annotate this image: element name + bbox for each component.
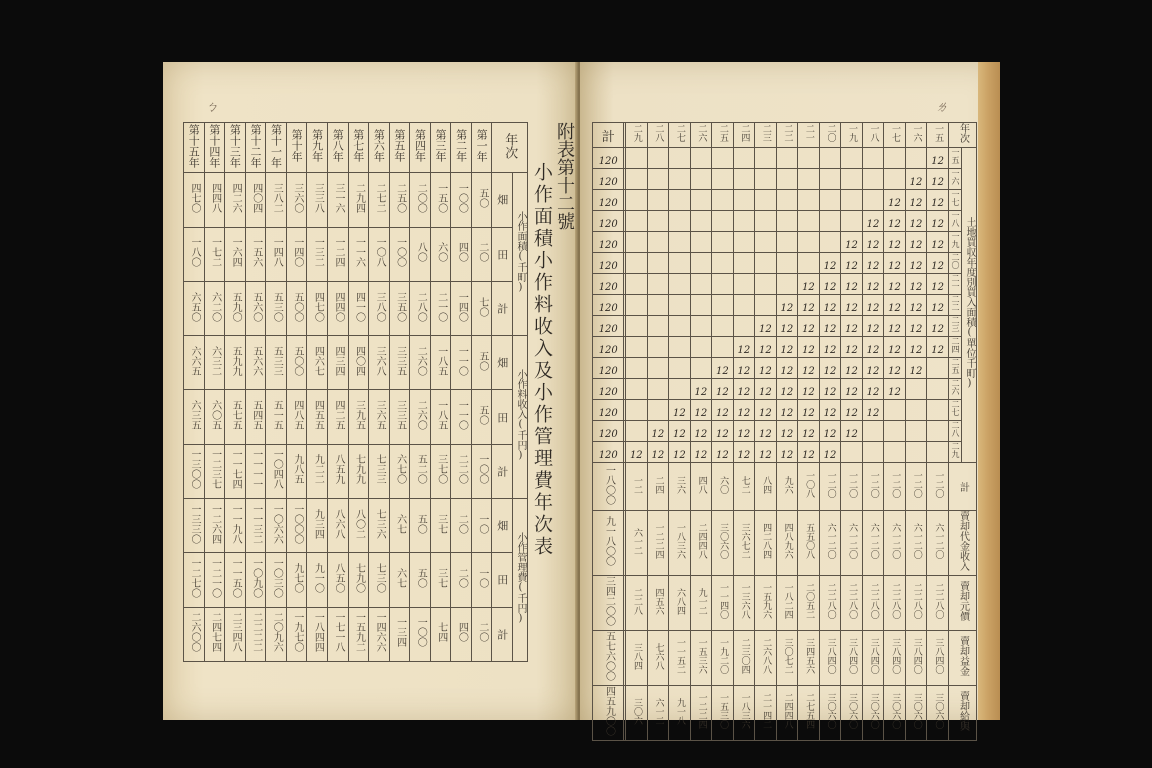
cell-value: 12 [802,282,815,293]
cell-value: 四〇四 [250,183,261,213]
cell-value: 七〇 [476,297,487,317]
cell-value: 四八 [696,476,705,494]
cell-value: 六一二〇 [825,523,834,559]
year-header: 第十年 [291,129,302,162]
cell-value: 12 [694,387,707,398]
purchase-row: 1201212一六 [593,169,977,190]
year-header: 一六 [912,124,921,142]
row-total: 120 [599,177,618,188]
cell-value: 12 [867,324,880,335]
cell-value: 二八〇 [415,292,426,322]
cell-value: 五六六 [250,346,261,376]
cell-value: 12 [738,345,751,356]
cell-value: 三七 [435,514,446,534]
cell-value: 12 [738,450,751,461]
cell-value: 12 [716,429,729,440]
cell-value: 12 [673,408,686,419]
cell-value: 一二〇 [911,471,920,498]
cell-value: 三七〇 [435,454,446,484]
year-header: 第十三年 [229,124,240,168]
row-total: 120 [599,429,618,440]
row-label: 計 [497,629,508,640]
cell-value: 一四〇 [456,292,467,322]
row-total: 120 [599,366,618,377]
cell-value: 12 [781,429,794,440]
cell-value: 12 [759,450,772,461]
cell-value: 12 [910,261,923,272]
row-total: 120 [599,303,618,314]
row-label: 畑 [497,357,508,368]
cell-value: 12 [824,261,837,272]
cell-value: 12 [802,387,815,398]
cell-value: 12 [630,450,643,461]
cell-value: 三八二 [271,183,282,213]
year-header: 第四年 [414,129,425,162]
cell-value: 二二八〇 [868,583,877,619]
right-ledger-table: 計二九二八二七二六二五二四二三二二二一二〇一九一八一七一六一五年次12012一五… [592,122,977,741]
cell-value: 六一二〇 [933,523,942,559]
cell-value: 六〇 [435,242,446,262]
cell-value: 三八四〇 [868,638,877,674]
cell-value: 四〇四 [353,346,364,376]
cell-value: 12 [867,261,880,272]
cell-value: 12 [781,408,794,419]
cell-value: 12 [931,324,944,335]
summary-row: 五七六〇〇三八四七六八一一五二一五三六一九二〇二三〇四二六八八三〇七二三四五六三… [593,631,977,686]
cell-value: 一一五二 [675,638,684,674]
total-header: 計 [602,130,615,145]
cell-value: 二六〇 [415,346,426,376]
cell-value: 12 [910,219,923,230]
cell-value: 12 [738,366,751,377]
cell-value: 12 [694,429,707,440]
cell-value: 四七〇 [312,292,323,322]
year-header: 二六 [696,124,705,142]
cell-value: 12 [738,429,751,440]
row-total: 一八〇〇 [603,465,614,505]
summary-row: 一八〇〇一二二四三六四八六〇七二八四九六一〇八一二〇一二〇一二〇一二〇一二〇一二… [593,463,977,511]
cell-value: 五〇 [415,568,426,588]
year-header: 第七年 [353,129,364,162]
cell-value: 12 [824,303,837,314]
row-total: 九一八〇〇 [603,516,614,566]
cell-value: 12 [781,387,794,398]
year-header: 一八 [868,124,877,142]
cell-value: 九六 [782,476,791,494]
cell-value: 12 [802,324,815,335]
year-header: 第十五年 [188,124,199,168]
cell-value: 三八四〇 [847,638,856,674]
purchase-year: 二四 [951,337,959,353]
cell-value: 一〇九〇 [250,558,261,598]
cell-value: 12 [802,303,815,314]
cell-value: 一一四〇 [718,583,727,619]
cell-value: 四八五 [291,400,302,430]
cell-value: 七三〇 [374,563,385,593]
cell-value: 二六八八 [761,638,770,674]
year-header: 二一 [804,124,813,142]
cell-value: 一一一一 [250,449,261,489]
cell-value: 七三三 [374,454,385,484]
cell-value: 四三四 [332,346,343,376]
cell-value: 一八三六 [675,523,684,559]
section-label: 土地買収年度別買入面積(單位千町) [964,217,974,389]
purchase-row: 12012121212一八 [593,211,977,232]
purchase-year: 一八 [951,211,959,227]
cell-value: 八六八 [332,509,343,539]
cell-value: 一八五 [435,346,446,376]
cell-value: 二四七四 [209,612,220,652]
cell-value: 12 [867,366,880,377]
cell-value: 12 [716,450,729,461]
row-label: 畑 [497,194,508,205]
row-total: 120 [599,324,618,335]
year-header: 二〇 [825,124,834,142]
cell-value: 一二三七 [209,449,220,489]
cell-value: 二〇五二 [804,583,813,619]
year-header: 第八年 [332,129,343,162]
cell-value: 一四〇 [291,237,302,267]
cell-value: 六二〇 [209,292,220,322]
cell-value: 一〇〇〇 [291,504,302,544]
cell-value: 五〇 [476,351,487,371]
cell-value: 三〇六〇 [868,693,877,729]
cell-value: 五九九 [230,346,241,376]
year-col-header: 年次 [958,123,968,143]
cell-value: 12 [888,198,901,209]
purchase-row: 120121212一七 [593,190,977,211]
purchase-row: 120121212121212121212二三 [593,316,977,337]
right-page: ㄌ 計二九二八二七二六二五二四二三二二二一二〇一九一八一七一六一五年次12012… [580,62,1000,720]
cell-value: 12 [888,219,901,230]
cell-value: 12 [931,261,944,272]
cell-value: 12 [888,240,901,251]
row-label: 畑 [497,520,508,531]
cell-value: 12 [673,429,686,440]
cell-value: 12 [738,387,751,398]
cell-value: 一〇 [476,568,487,588]
purchase-row: 1201212121212121212二二 [593,295,977,316]
cell-value: 12 [888,261,901,272]
cell-value: 三三八 [312,183,323,213]
summary-row: 三四二〇〇二二八四五六六八四九一二一一四〇一三六八一五九六一八二四二〇五二二二八… [593,576,977,631]
cell-value: 一〇〇 [415,617,426,647]
purchase-row: 1201212121212一九 [593,232,977,253]
row-total: 120 [599,219,618,230]
cell-value: 二〇九六 [271,612,282,652]
cell-value: 三〇六 [632,698,641,725]
cell-value: 一二 [632,476,641,494]
cell-value: 三〇六〇 [890,693,899,729]
purchase-row: 12012121212121212二一 [593,274,977,295]
cell-value: 12 [867,240,880,251]
cell-value: 三八四〇 [911,638,920,674]
cell-value: 三三五 [394,400,405,430]
cell-value: 12 [824,408,837,419]
purchase-year: 一九 [951,232,959,248]
cell-value: 12 [781,450,794,461]
row-total: 三四二〇〇 [603,576,614,626]
cell-value: 12 [824,450,837,461]
cell-value: 八〇二 [353,509,364,539]
cell-value: 一一〇 [456,346,467,376]
purchase-row: 12012121212121212121212二七 [593,400,977,421]
cell-value: 六〇五 [209,400,220,430]
cell-value: 九二二 [312,454,323,484]
cell-value: 五二〇 [415,454,426,484]
cell-value: 12 [867,219,880,230]
cell-value: 三五〇 [394,292,405,322]
year-header: 二三 [761,124,770,142]
cell-value: 九一〇 [312,563,323,593]
cell-value: 12 [716,387,729,398]
cell-value: 六三二 [209,346,220,376]
cell-value: 12 [845,303,858,314]
year-header: 第六年 [373,129,384,162]
cell-value: 二四 [653,476,662,494]
cell-value: 12 [824,387,837,398]
year-header: 第九年 [312,129,323,162]
cell-value: 一二一〇 [209,558,220,598]
cell-value: 三六 [675,476,684,494]
cell-value: 12 [910,198,923,209]
cell-value: 一二六四 [209,504,220,544]
cell-value: 六六五 [189,346,200,376]
cell-value: 六一二〇 [911,523,920,559]
cell-value: 一八三六 [739,693,748,729]
purchase-row: 120121212121212二〇 [593,253,977,274]
table-row: 四七〇四四八四二六四〇四三八二三六〇三三八三一六二九四二七二二五〇二〇〇一五〇一… [184,173,528,227]
cell-value: 五四五 [250,400,261,430]
cell-value: 二四四八 [782,693,791,729]
cell-value: 二〇 [476,242,487,262]
cell-value: 一八二四 [782,583,791,619]
table-row: 一三〇〇一二三七一一七四一一一一一〇四八九八五九二二八五九七九九七三三六七〇五二… [184,444,528,498]
cell-value: 一八〇 [189,237,200,267]
cell-value: 12 [931,345,944,356]
cell-value: 八五九 [332,454,343,484]
cell-value: 12 [910,324,923,335]
cell-value: 九八五 [291,454,302,484]
purchase-year: 二七 [951,400,959,416]
cell-value: 二五〇 [394,183,405,213]
table-row: 一八〇一七二一六四一五六一四八一四〇一三二一二四一一六一〇八一〇〇八〇六〇四〇二… [184,227,528,281]
year-header: 第一年 [476,129,487,162]
cell-value: 三六五 [374,400,385,430]
cell-value: 12 [888,387,901,398]
cell-value: 六七〇 [394,454,405,484]
cell-value: 三四五六 [804,638,813,674]
cell-value: 12 [931,240,944,251]
cell-value: 五三〇 [271,292,282,322]
year-header: 二七 [675,124,684,142]
cell-value: 12 [759,429,772,440]
cell-value: 五五〇八 [804,523,813,559]
cell-value: 一二〇 [825,471,834,498]
cell-value: 一一三二 [250,504,261,544]
cell-value: 12 [845,387,858,398]
cell-value: 一八五 [435,400,446,430]
cell-value: 一三三〇 [189,504,200,544]
cell-value: 一一七四 [230,449,241,489]
year-header: 第十二年 [250,124,261,168]
cell-value: 12 [694,450,707,461]
cell-value: 12 [845,324,858,335]
cell-value: 四二八四 [761,523,770,559]
cell-value: 12 [931,219,944,230]
cell-value: 四五六 [653,588,662,615]
row-total: 120 [599,261,618,272]
group-label: 小作料收入(千円) [515,369,525,461]
year-header: 二二 [782,124,791,142]
table-row: 六六五六三二五九九五六六五三三五〇〇四六七四三四四〇四三六八三三五二六〇一八五一… [184,336,528,390]
cell-value: 六七 [394,568,405,588]
cell-value: 五〇〇 [291,292,302,322]
right-page-mark: ㄌ [935,96,948,115]
cell-value: 二二〇 [456,454,467,484]
cell-value: 二一四二 [761,693,770,729]
cell-value: 一七一八 [332,612,343,652]
cell-value: 二三四八 [230,612,241,652]
row-label: 田 [497,249,508,260]
cell-value: 五一五 [271,400,282,430]
year-header: 第五年 [394,129,405,162]
cell-value: 一七二 [209,237,220,267]
cell-value: 二三〇四 [739,638,748,674]
cell-value: 二七五四 [804,693,813,729]
cell-value: 三九五 [353,400,364,430]
group-label: 小作管理費(千円) [515,532,525,624]
cell-value: 一二〇 [933,471,942,498]
cell-value: 12 [759,408,772,419]
cell-value: 12 [867,387,880,398]
cell-value: 一五九二 [353,612,364,652]
cell-value: 三〇六〇 [847,693,856,729]
cell-value: 一九七〇 [291,612,302,652]
cell-value: 五六〇 [250,292,261,322]
cell-value: 三〇六〇 [825,693,834,729]
summary-row: 四五九〇〇三〇六六一二九一八一二二四一五三〇一八三六二一四二二四四八二七五四三〇… [593,686,977,741]
cell-value: 七二 [739,476,748,494]
purchase-year: 一七 [951,190,959,206]
cell-value: 三六七二 [739,523,748,559]
cell-value: 四四〇 [332,292,343,322]
cell-value: 四二五 [332,400,343,430]
cell-value: 二二八〇 [847,583,856,619]
purchase-row: 12012121212121212121212二四 [593,337,977,358]
cell-value: 12 [759,345,772,356]
cell-value: 12 [802,366,815,377]
cell-value: 一〇〇 [394,237,405,267]
purchase-row: 12012一五土地買収年度別買入面積(單位千町) [593,148,977,169]
cell-value: 二七二 [374,183,385,213]
cell-value: 12 [824,282,837,293]
row-total: 120 [599,450,618,461]
summary-row: 九一八〇〇六一二一二二四一八三六二四四八三〇六〇三六七二四二八四四八九六五五〇八… [593,511,977,576]
cell-value: 12 [910,177,923,188]
cell-value: 12 [931,198,944,209]
cell-value: 12 [845,282,858,293]
cell-value: 12 [802,345,815,356]
cell-value: 九一二 [696,588,705,615]
cell-value: 12 [824,324,837,335]
cell-value: 二二八〇 [890,583,899,619]
row-total: 120 [599,156,618,167]
row-total: 五七六〇〇 [603,631,614,681]
cell-value: 12 [910,345,923,356]
cell-value: 二〇〇 [415,183,426,213]
cell-value: 12 [931,303,944,314]
cell-value: 一三〇〇 [189,449,200,489]
year-header: 二四 [739,124,748,142]
cell-value: 三八四〇 [890,638,899,674]
cell-value: 八四 [761,476,770,494]
purchase-year: 二一 [951,274,959,290]
cell-value: 四七〇 [189,183,200,213]
row-label: 賣却給與 [958,691,968,731]
cell-value: 一二二四 [696,693,705,729]
cell-value: 12 [845,366,858,377]
purchase-row: 12012121212121212121212二五 [593,358,977,379]
open-book: ㄅ 附表第十二號 小作面積小作料收入及小作管理費年次表 第十五年第十四年第十三年… [163,62,1021,720]
cell-value: 一五三六 [696,638,705,674]
cell-value: 一三二 [312,237,323,267]
cell-value: 一〇八 [804,471,813,498]
cell-value: 二九四 [353,183,364,213]
row-total: 120 [599,345,618,356]
cell-value: 12 [781,324,794,335]
row-total: 120 [599,240,618,251]
cell-value: 一〇 [476,514,487,534]
cell-value: 12 [845,240,858,251]
cell-value: 七三六 [374,509,385,539]
purchase-year: 二六 [951,379,959,395]
purchase-year: 二八 [951,421,959,437]
cell-value: 一四六六 [374,612,385,652]
cell-value: 12 [802,408,815,419]
cell-value: 12 [738,408,751,419]
cell-value: 五三三 [271,346,282,376]
cell-value: 六一二〇 [868,523,877,559]
cell-value: 二四四八 [696,523,705,559]
cell-value: 12 [781,303,794,314]
cell-value: 四二六 [230,183,241,213]
cell-value: 12 [651,450,664,461]
cell-value: 12 [931,282,944,293]
cell-value: 二一〇 [435,292,446,322]
cell-value: 一三四 [394,617,405,647]
cell-value: 12 [781,366,794,377]
cell-value: 一一六 [353,237,364,267]
cell-value: 五〇 [476,405,487,425]
year-header: 二五 [718,124,727,142]
cell-value: 六三五 [189,400,200,430]
cell-value: 六一二〇 [847,523,856,559]
cell-value: 一一五〇 [230,558,241,598]
cell-value: 二〇 [476,622,487,642]
cell-value: 七九〇 [353,563,364,593]
row-label: 田 [497,412,508,423]
cell-value: 八〇 [415,242,426,262]
table-row: 一三三〇一二六四一一九八一一三二一〇六六一〇〇〇九三四八六八八〇二七三六六七五〇… [184,499,528,553]
row-total: 四五九〇〇 [603,686,614,736]
row-label: 計 [497,466,508,477]
cell-value: 12 [910,282,923,293]
cell-value: 12 [888,345,901,356]
cell-value: 六一二 [632,528,641,555]
cell-value: 12 [759,387,772,398]
cell-value: 12 [716,408,729,419]
